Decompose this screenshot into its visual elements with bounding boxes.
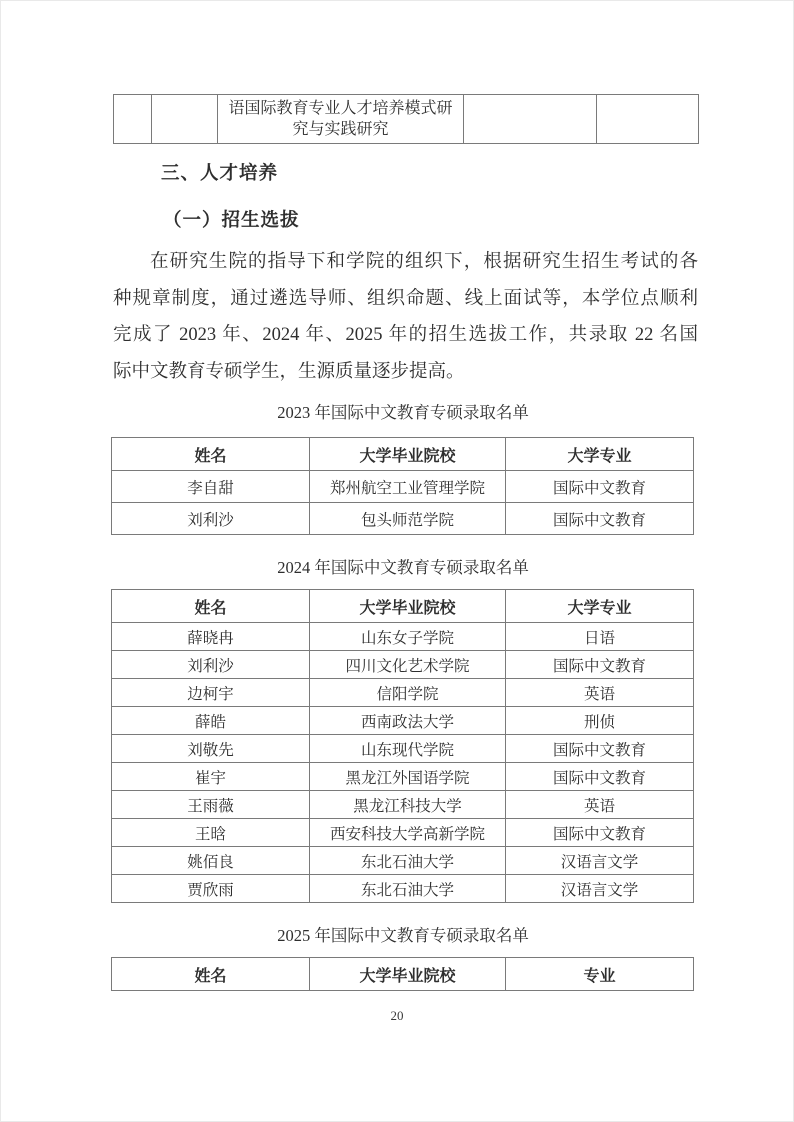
table-cell-major: 汉语言文学 [506, 875, 694, 903]
table-cell-major: 汉语言文学 [506, 847, 694, 875]
body-paragraph: 在研究生院的指导下和学院的组织下，根据研究生招生考试的各 种规章制度，通过遴选导… [113, 244, 698, 390]
table-cell-name: 姚佰良 [112, 847, 310, 875]
table-header-cell: 大学毕业院校 [310, 590, 506, 623]
table-row: 姚佰良 东北石油大学 汉语言文学 [112, 847, 694, 875]
admission-table-2025: 姓名 大学毕业院校 专业 [111, 957, 694, 991]
paragraph-line: 种规章制度，通过遴选导师、组织命题、线上面试等，本学位点顺利 [113, 281, 698, 318]
continued-text-line: 语国际教育专业人才培养模式研 [221, 98, 460, 119]
table-cell-empty [597, 95, 699, 144]
table-cell-major: 国际中文教育 [506, 735, 694, 763]
table-cell-major: 国际中文教育 [506, 503, 694, 535]
table-cell-name: 薛晓冉 [112, 623, 310, 651]
table-row: 崔宇 黑龙江外国语学院 国际中文教育 [112, 763, 694, 791]
table-header-cell: 姓名 [112, 590, 310, 623]
document-page: 语国际教育专业人才培养模式研 究与实践研究 三、人才培养 （一）招生选拔 在研究… [0, 0, 794, 1122]
paragraph-line: 在研究生院的指导下和学院的组织下，根据研究生招生考试的各 [113, 244, 698, 281]
table-cell-name: 刘敬先 [112, 735, 310, 763]
table-row: 语国际教育专业人才培养模式研 究与实践研究 [114, 95, 699, 144]
table-row: 边柯宇 信阳学院 英语 [112, 679, 694, 707]
table-header-cell: 大学专业 [506, 590, 694, 623]
continued-text-line: 究与实践研究 [221, 119, 460, 140]
table-row: 贾欣雨 东北石油大学 汉语言文学 [112, 875, 694, 903]
table-cell-university: 山东女子学院 [310, 623, 506, 651]
table-cell-university: 西安科技大学高新学院 [310, 819, 506, 847]
table-header-cell: 姓名 [112, 958, 310, 991]
table-cell-university: 四川文化艺术学院 [310, 651, 506, 679]
table-header-row: 姓名 大学毕业院校 大学专业 [112, 438, 694, 471]
table-cell-university: 包头师范学院 [310, 503, 506, 535]
table-header-row: 姓名 大学毕业院校 专业 [112, 958, 694, 991]
table-title-2024: 2024 年国际中文教育专硕录取名单 [111, 554, 695, 578]
table-cell-university: 信阳学院 [310, 679, 506, 707]
table-cell-name: 刘利沙 [112, 503, 310, 535]
table-cell-major: 日语 [506, 623, 694, 651]
table-row: 刘敬先 山东现代学院 国际中文教育 [112, 735, 694, 763]
table-header-cell: 大学毕业院校 [310, 438, 506, 471]
table-cell-university: 黑龙江科技大学 [310, 791, 506, 819]
table-cell-name: 边柯宇 [112, 679, 310, 707]
table-cell-major: 国际中文教育 [506, 819, 694, 847]
table-title-2025: 2025 年国际中文教育专硕录取名单 [111, 922, 695, 946]
table-header-cell: 大学毕业院校 [310, 958, 506, 991]
table-cell-university: 东北石油大学 [310, 847, 506, 875]
table-cell-name: 薛皓 [112, 707, 310, 735]
table-row: 王雨薇 黑龙江科技大学 英语 [112, 791, 694, 819]
table-row: 王晗 西安科技大学高新学院 国际中文教育 [112, 819, 694, 847]
table-row: 刘利沙 四川文化艺术学院 国际中文教育 [112, 651, 694, 679]
table-cell-empty [114, 95, 152, 144]
page-number: 20 [1, 1008, 793, 1024]
table-cell-university: 郑州航空工业管理学院 [310, 471, 506, 503]
continued-table: 语国际教育专业人才培养模式研 究与实践研究 [113, 94, 699, 144]
table-cell-university: 黑龙江外国语学院 [310, 763, 506, 791]
table-header-cell: 姓名 [112, 438, 310, 471]
admission-table-2024: 姓名 大学毕业院校 大学专业 薛晓冉 山东女子学院 日语 刘利沙 四川文化艺术学… [111, 589, 694, 903]
table-cell-name: 王雨薇 [112, 791, 310, 819]
section-heading: 三、人才培养 [161, 159, 278, 185]
table-header-row: 姓名 大学毕业院校 大学专业 [112, 590, 694, 623]
table-cell-name: 李自甜 [112, 471, 310, 503]
table-row: 李自甜 郑州航空工业管理学院 国际中文教育 [112, 471, 694, 503]
table-cell-name: 贾欣雨 [112, 875, 310, 903]
table-row: 刘利沙 包头师范学院 国际中文教育 [112, 503, 694, 535]
table-cell-major: 国际中文教育 [506, 471, 694, 503]
table-cell-name: 王晗 [112, 819, 310, 847]
table-cell-major: 英语 [506, 791, 694, 819]
table-cell-empty [152, 95, 218, 144]
table-title-2023: 2023 年国际中文教育专硕录取名单 [111, 399, 695, 423]
paragraph-line: 完成了 2023 年、2024 年、2025 年的招生选拔工作，共录取 22 名… [113, 317, 698, 354]
table-cell-major: 刑侦 [506, 707, 694, 735]
table-cell-university: 山东现代学院 [310, 735, 506, 763]
table-row: 薛晓冉 山东女子学院 日语 [112, 623, 694, 651]
subsection-heading: （一）招生选拔 [163, 206, 300, 232]
table-header-cell: 专业 [506, 958, 694, 991]
table-cell-name: 崔宇 [112, 763, 310, 791]
paragraph-line: 际中文教育专硕学生，生源质量逐步提高。 [113, 354, 698, 391]
table-row: 薛皓 西南政法大学 刑侦 [112, 707, 694, 735]
table-header-cell: 大学专业 [506, 438, 694, 471]
table-cell-university: 东北石油大学 [310, 875, 506, 903]
table-cell-major: 国际中文教育 [506, 763, 694, 791]
continued-table-text-cell: 语国际教育专业人才培养模式研 究与实践研究 [218, 95, 464, 144]
table-cell-name: 刘利沙 [112, 651, 310, 679]
table-cell-major: 国际中文教育 [506, 651, 694, 679]
table-cell-major: 英语 [506, 679, 694, 707]
admission-table-2023: 姓名 大学毕业院校 大学专业 李自甜 郑州航空工业管理学院 国际中文教育 刘利沙… [111, 437, 694, 535]
table-cell-empty [464, 95, 597, 144]
table-cell-university: 西南政法大学 [310, 707, 506, 735]
